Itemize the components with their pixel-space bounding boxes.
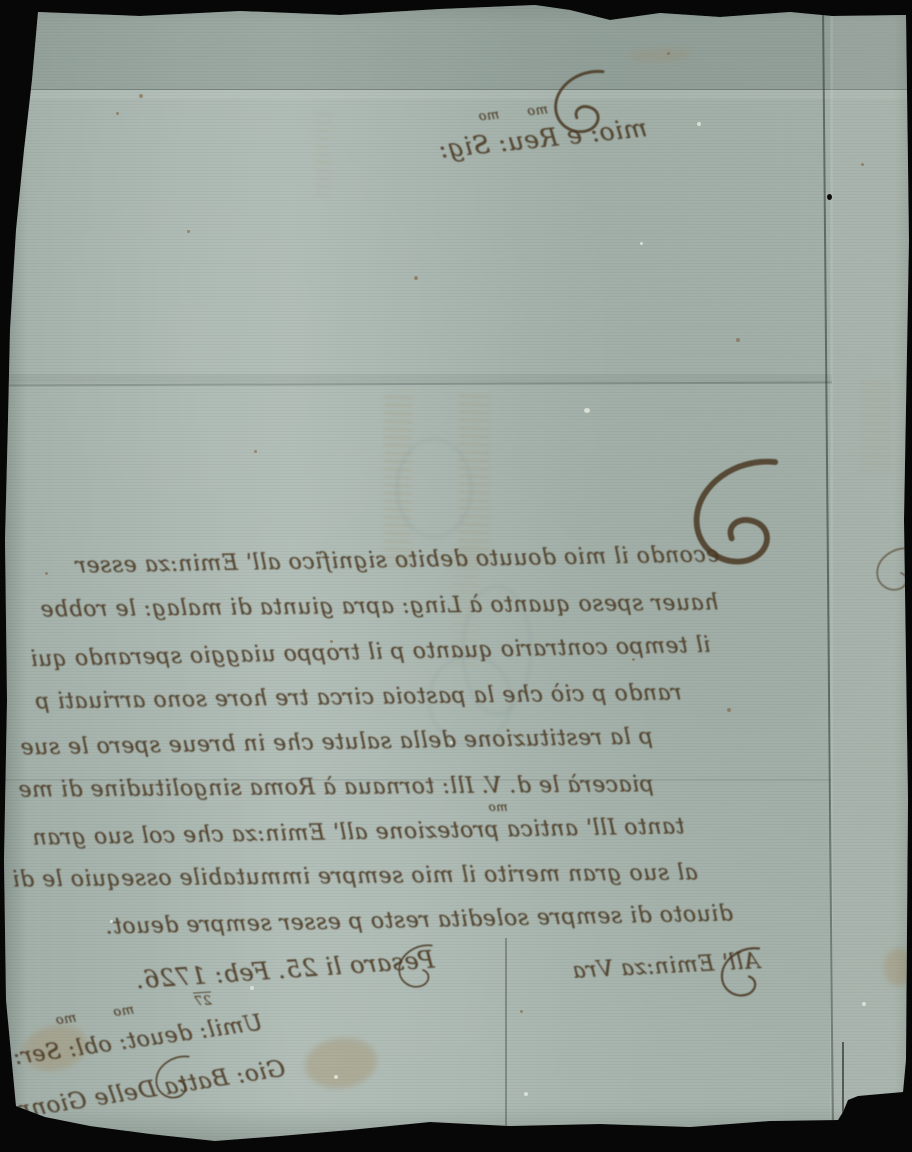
handwriting-line: diuoto di sempre soledita resto p esser … [105, 901, 733, 939]
handwriting-line: p la restituzione della salute che in br… [20, 724, 653, 760]
foxing-spot [116, 112, 119, 115]
dateline-note: 27 [193, 991, 212, 1009]
manuscript-photo: mo mo mio: e Reu: Sig: econdo il mio dou… [0, 0, 912, 1152]
foxing-spot [861, 163, 864, 166]
handwriting-line: tanto Ill' antica protezione all' Emin:z… [32, 814, 685, 850]
vertical-fold-highlight [830, 0, 833, 1152]
paper-speck [697, 122, 701, 126]
handwriting-line: econdo il mio douuto debito significo al… [75, 542, 720, 578]
ink-smudge [884, 948, 912, 986]
dateline: Pesaro li 25. Feb: 1726. [134, 946, 435, 995]
foxing-spot [139, 94, 143, 98]
foxing-spot [520, 1010, 523, 1013]
paper-speck [862, 1002, 866, 1006]
signature-line-1: Umil: deuot: obl: Ser: [11, 1011, 263, 1071]
wormhole-dot [827, 194, 832, 200]
corner-separation-crease [842, 1042, 844, 1152]
paper-sheet: mo mo mio: e Reu: Sig: econdo il mio dou… [0, 0, 912, 1152]
signature-superscripts: mo mo [54, 1003, 135, 1029]
flourish-right-page-icon [872, 544, 912, 596]
foxing-spot [45, 572, 48, 575]
address-line: mio: e Reu: Sig: [437, 113, 648, 164]
top-fold-band [0, 0, 912, 90]
paper-speck [524, 1092, 528, 1096]
ghost-seal-ring [396, 438, 472, 538]
address-superscripts: mo mo [477, 102, 548, 124]
foxing-spot [414, 276, 418, 280]
foxing-spot [667, 52, 670, 55]
top-fold-highlight [0, 90, 912, 99]
handwriting-line: rando p ciò che la pastoia circa tre hor… [35, 680, 682, 714]
paper-speck [334, 1075, 338, 1079]
handwriting-line: al suo gran merito il mio sempre immutab… [12, 860, 698, 892]
handwriting-line: il tempo contrario quanto p il troppo ui… [30, 633, 711, 672]
ink-smudge [302, 1033, 380, 1093]
handwriting-line: hauer speso quanto à Ling: apra giunta d… [40, 590, 719, 622]
ghost-ink-column [860, 380, 890, 472]
foxing-spot [254, 450, 257, 453]
foxing-spot [736, 338, 740, 342]
handwriting-superscript: mo [488, 800, 508, 814]
paper-speck [250, 986, 254, 990]
foxing-spot [727, 708, 731, 712]
handwriting-line: piacerà le d. V. Ill: tornaua à Roma sin… [18, 772, 654, 803]
bottom-vertical-crease [505, 938, 507, 1152]
foxing-spot [187, 230, 190, 233]
paper-speck [640, 242, 643, 245]
paper-speck [584, 408, 590, 413]
ghost-ink-column [315, 110, 331, 195]
